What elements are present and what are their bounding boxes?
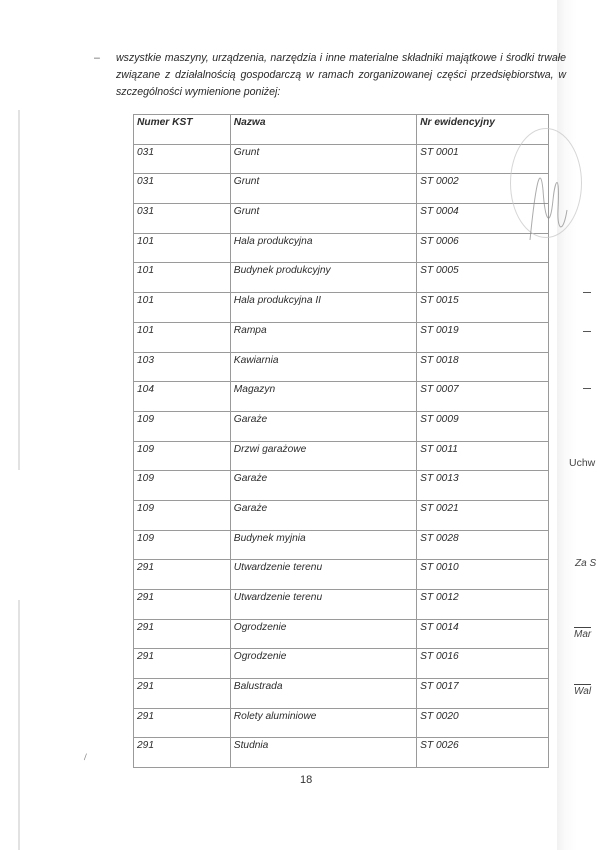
table-row: 101RampaST 0019 [134, 322, 549, 352]
table-row: 031GruntST 0004 [134, 204, 549, 234]
cell-nr-ewidencyjny: ST 0010 [417, 560, 549, 590]
bullet-dash: – [94, 50, 100, 67]
table-row: 103KawiarniaST 0018 [134, 352, 549, 382]
cell-nazwa: Budynek produkcyjny [230, 263, 416, 293]
table-row: 031GruntST 0001 [134, 144, 549, 174]
margin-fragment-mar: Mar [574, 627, 591, 640]
table-row: 291BalustradaST 0017 [134, 679, 549, 709]
cell-nr-ewidencyjny: ST 0028 [417, 530, 549, 560]
binding-edge-artifact [18, 110, 20, 470]
cell-numer-kst: 291 [134, 679, 231, 709]
cell-numer-kst: 291 [134, 560, 231, 590]
binding-edge-artifact [18, 600, 20, 850]
cell-nazwa: Balustrada [230, 679, 416, 709]
cell-numer-kst: 291 [134, 619, 231, 649]
cell-nazwa: Grunt [230, 204, 416, 234]
cell-numer-kst: 104 [134, 382, 231, 412]
signature-icon [525, 150, 575, 250]
page-number: 18 [300, 774, 312, 786]
cell-numer-kst: 291 [134, 649, 231, 679]
table-row: 291Utwardzenie terenuST 0012 [134, 590, 549, 620]
cell-nr-ewidencyjny: ST 0018 [417, 352, 549, 382]
cell-numer-kst: 109 [134, 530, 231, 560]
cell-numer-kst: 101 [134, 293, 231, 323]
cell-numer-kst: 101 [134, 263, 231, 293]
cell-nazwa: Garaże [230, 411, 416, 441]
table-row: 101Hala produkcyjnaST 0006 [134, 233, 549, 263]
table-row: 109GarażeST 0021 [134, 500, 549, 530]
cell-numer-kst: 109 [134, 471, 231, 501]
margin-fragment-wal: Wal [574, 684, 591, 697]
cell-numer-kst: 031 [134, 204, 231, 234]
cell-numer-kst: 109 [134, 441, 231, 471]
cell-numer-kst: 291 [134, 738, 231, 768]
cell-numer-kst: 031 [134, 144, 231, 174]
cell-nazwa: Utwardzenie terenu [230, 560, 416, 590]
cell-nazwa: Ogrodzenie [230, 649, 416, 679]
cell-nr-ewidencyjny: ST 0017 [417, 679, 549, 709]
cell-nr-ewidencyjny: ST 0011 [417, 441, 549, 471]
cell-nr-ewidencyjny: ST 0012 [417, 590, 549, 620]
table-row: 291Utwardzenie terenuST 0010 [134, 560, 549, 590]
cell-nazwa: Grunt [230, 144, 416, 174]
cell-nr-ewidencyjny: ST 0019 [417, 322, 549, 352]
margin-dash [583, 388, 591, 389]
cell-nr-ewidencyjny: ST 0009 [417, 411, 549, 441]
cell-nazwa: Ogrodzenie [230, 619, 416, 649]
cell-nazwa: Garaże [230, 471, 416, 501]
cell-nazwa: Kawiarnia [230, 352, 416, 382]
adjacent-page-shadow [557, 0, 602, 850]
intro-text: wszystkie maszyny, urządzenia, narzędzia… [116, 50, 566, 101]
cell-nr-ewidencyjny: ST 0026 [417, 738, 549, 768]
cell-nazwa: Drzwi garażowe [230, 441, 416, 471]
cell-numer-kst: 109 [134, 411, 231, 441]
cell-nr-ewidencyjny: ST 0020 [417, 708, 549, 738]
cell-nazwa: Rolety aluminiowe [230, 708, 416, 738]
cell-numer-kst: 101 [134, 322, 231, 352]
margin-dash [583, 292, 591, 293]
cell-nazwa: Utwardzenie terenu [230, 590, 416, 620]
cell-numer-kst: 101 [134, 233, 231, 263]
cell-nazwa: Budynek myjnia [230, 530, 416, 560]
cell-nazwa: Grunt [230, 174, 416, 204]
table-row: 101Hala produkcyjna IIST 0015 [134, 293, 549, 323]
margin-fragment-za-s: Za S [575, 558, 596, 569]
table-row: 291OgrodzenieST 0016 [134, 649, 549, 679]
table-row: 109GarażeST 0013 [134, 471, 549, 501]
assets-table: Numer KST Nazwa Nr ewidencyjny 031GruntS… [133, 114, 549, 768]
table-row: 109Drzwi garażoweST 0011 [134, 441, 549, 471]
cell-nr-ewidencyjny: ST 0013 [417, 471, 549, 501]
margin-dash [583, 331, 591, 332]
cell-numer-kst: 291 [134, 590, 231, 620]
cell-nr-ewidencyjny: ST 0015 [417, 293, 549, 323]
cell-nr-ewidencyjny: ST 0016 [417, 649, 549, 679]
header-nazwa: Nazwa [230, 115, 416, 145]
table-row: 291StudniaST 0026 [134, 738, 549, 768]
table-row: 109GarażeST 0009 [134, 411, 549, 441]
cell-nazwa: Hala produkcyjna [230, 233, 416, 263]
cell-nazwa: Hala produkcyjna II [230, 293, 416, 323]
cell-nazwa: Garaże [230, 500, 416, 530]
cell-nr-ewidencyjny: ST 0014 [417, 619, 549, 649]
intro-paragraph: – wszystkie maszyny, urządzenia, narzędz… [116, 50, 566, 101]
table-row: 031GruntST 0002 [134, 174, 549, 204]
cell-nazwa: Magazyn [230, 382, 416, 412]
cell-nazwa: Rampa [230, 322, 416, 352]
scan-artifact-icon: \ [81, 752, 89, 762]
header-numer-kst: Numer KST [134, 115, 231, 145]
margin-fragment-uchw: Uchw [569, 457, 595, 469]
cell-numer-kst: 031 [134, 174, 231, 204]
cell-nr-ewidencyjny: ST 0007 [417, 382, 549, 412]
cell-numer-kst: 103 [134, 352, 231, 382]
table-row: 101Budynek produkcyjnyST 0005 [134, 263, 549, 293]
table-header-row: Numer KST Nazwa Nr ewidencyjny [134, 115, 549, 145]
cell-nr-ewidencyjny: ST 0005 [417, 263, 549, 293]
table-row: 291OgrodzenieST 0014 [134, 619, 549, 649]
cell-numer-kst: 109 [134, 500, 231, 530]
table-row: 291Rolety aluminioweST 0020 [134, 708, 549, 738]
cell-nr-ewidencyjny: ST 0021 [417, 500, 549, 530]
cell-numer-kst: 291 [134, 708, 231, 738]
table-row: 109Budynek myjniaST 0028 [134, 530, 549, 560]
cell-nazwa: Studnia [230, 738, 416, 768]
table-row: 104MagazynST 0007 [134, 382, 549, 412]
